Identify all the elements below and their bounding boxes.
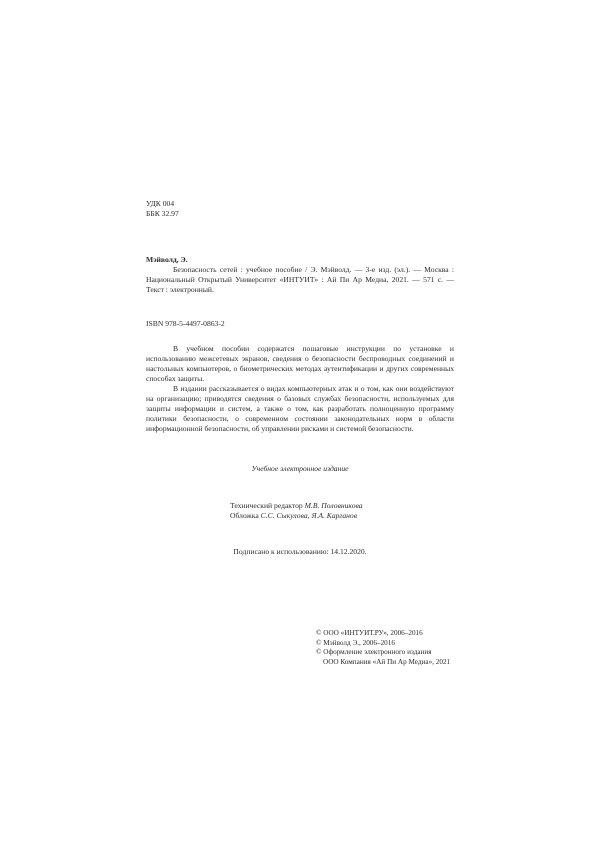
- tech-editor-name: М.В. Половникова: [305, 501, 363, 510]
- tech-editor-label: Технический редактор: [230, 501, 303, 510]
- classification-block: УДК 004 ББК 32.97: [146, 199, 179, 219]
- cover-line: Обложка С.С. Сыкулова, Я.А. Карганов: [230, 511, 363, 521]
- copyright-block: © ООО «ИНТУИТ.РУ», 2006–2016 © Мэйволд Э…: [316, 629, 450, 667]
- copyright-line: ООО Компания «Ай Пи Ар Медиа», 2021: [316, 658, 450, 668]
- cover-names: С.С. Сыкулова, Я.А. Карганов: [261, 511, 357, 520]
- edition-type: Учебное электронное издание: [0, 464, 600, 474]
- author-heading: Мэйволд, Э.: [146, 255, 454, 265]
- udk-code: УДК 004: [146, 199, 179, 209]
- copyright-line: © Оформление электронного издания: [316, 648, 450, 658]
- cover-label: Обложка: [230, 511, 259, 520]
- abstract-paragraph-1: В учебном пособии содержатся пошаговые и…: [146, 344, 454, 384]
- signed-date: Подписано к использованию: 14.12.2020.: [0, 547, 600, 557]
- abstract-paragraph-2: В издании рассказывается о видах компьют…: [146, 384, 454, 434]
- copyright-line: © ООО «ИНТУИТ.РУ», 2006–2016: [316, 629, 450, 639]
- bibliographic-record: Мэйволд, Э. Безопасность сетей : учебное…: [146, 255, 454, 295]
- credits: Технический редактор М.В. Половникова Об…: [230, 501, 363, 521]
- copyright-line: © Мэйволд Э., 2006–2016: [316, 639, 450, 649]
- bbk-code: ББК 32.97: [146, 209, 179, 219]
- bibliographic-description: Безопасность сетей : учебное пособие / Э…: [146, 265, 454, 295]
- tech-editor-line: Технический редактор М.В. Половникова: [230, 501, 363, 511]
- isbn: ISBN 978-5-4497-0863-2: [146, 319, 225, 329]
- abstract: В учебном пособии содержатся пошаговые и…: [146, 344, 454, 434]
